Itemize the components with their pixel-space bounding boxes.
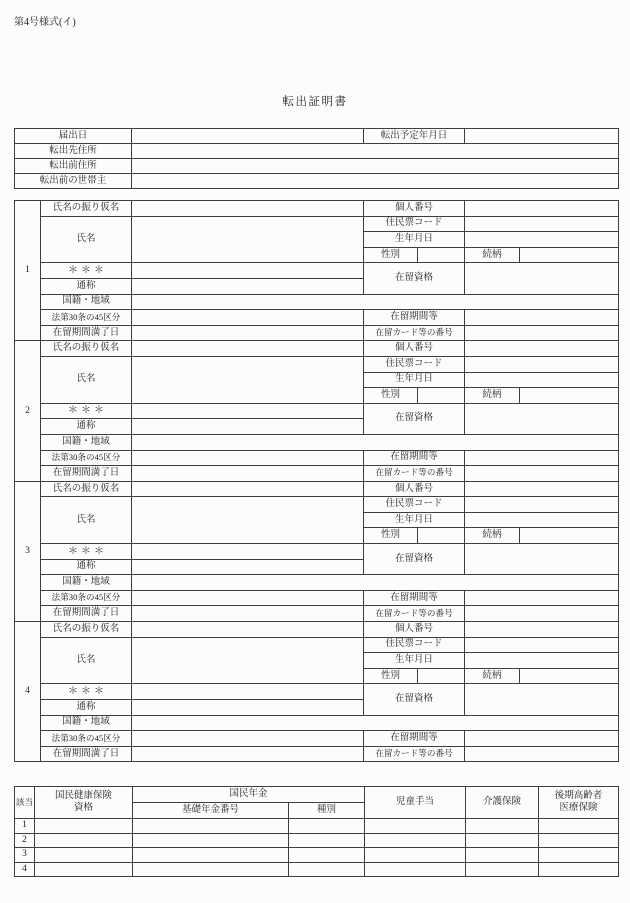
residence-card-value (465, 466, 619, 482)
period-expiry-value (132, 466, 364, 482)
nationality-value (132, 715, 619, 731)
name-value (132, 637, 364, 684)
nationality-label: 国籍・地域 (41, 575, 132, 591)
document-sheet: 第4号様式(イ) 転出証明書 届出日 転出予定年月日 転出先住所 転出前住所 転… (0, 0, 630, 903)
notification-date-label: 届出日 (15, 129, 132, 144)
birthdate-value (465, 653, 619, 669)
sex-label: 性別 (364, 668, 418, 684)
resident-code-label: 住民票コード (364, 356, 465, 372)
nationality-label: 国籍・地域 (41, 715, 132, 731)
personal-number-label: 個人番号 (364, 341, 465, 357)
sex-value (418, 388, 465, 404)
nationality-value (132, 294, 619, 310)
relationship-label: 続柄 (465, 668, 520, 684)
pension-type-value (289, 819, 365, 834)
new-address-label: 転出先住所 (15, 144, 132, 159)
basic-pension-number-value (133, 833, 289, 848)
personal-number-label: 個人番号 (364, 481, 465, 497)
name-value (132, 356, 364, 403)
benefits-row-number: 2 (15, 833, 35, 848)
residence-period-label: 在留期間等 (364, 590, 465, 606)
period-expiry-label: 在留期間満了日 (41, 325, 132, 341)
birthdate-label: 生年月日 (364, 512, 465, 528)
pension-type-value (289, 833, 365, 848)
residence-card-label: 在留カード等の番号 (364, 746, 465, 762)
resident-code-label: 住民票コード (364, 497, 465, 513)
period-expiry-label: 在留期間満了日 (41, 746, 132, 762)
long-term-care-header: 介護保険 (466, 787, 539, 819)
common-name-label: 通称 (41, 700, 132, 716)
residence-card-value (465, 606, 619, 622)
person-blocks: 1 氏名の振り仮名 個人番号 氏名 住民票コード 生年月日 性別 続柄 (14, 200, 619, 762)
masked-label: ＊＊＊ (41, 684, 132, 700)
name-value (132, 216, 364, 263)
pension-type-header: 種別 (289, 803, 365, 819)
residence-status-value (465, 544, 619, 575)
residence-card-label: 在留カード等の番号 (364, 606, 465, 622)
nationality-value (132, 575, 619, 591)
masked-label: ＊＊＊ (41, 403, 132, 419)
sex-label: 性別 (364, 528, 418, 544)
common-name-value (132, 559, 364, 575)
form-number: 第4号様式(イ) (14, 13, 76, 28)
relationship-label: 続柄 (465, 388, 520, 404)
residence-period-value (465, 310, 619, 326)
masked-label: ＊＊＊ (41, 263, 132, 279)
name-label: 氏名 (41, 356, 132, 403)
resident-code-label: 住民票コード (364, 216, 465, 232)
planned-moving-date-value (465, 129, 619, 144)
child-allowance-value (365, 833, 466, 848)
furigana-value (132, 341, 364, 357)
birthdate-label: 生年月日 (364, 372, 465, 388)
person-block-1: 1 氏名の振り仮名 個人番号 氏名 住民票コード 生年月日 性別 続柄 (14, 200, 619, 341)
national-pension-header: 国民年金 (133, 787, 365, 803)
common-name-label: 通称 (41, 419, 132, 435)
benefits-row-number: 4 (15, 862, 35, 877)
common-name-value (132, 278, 364, 294)
furigana-label: 氏名の振り仮名 (41, 481, 132, 497)
notification-date-value (132, 129, 364, 144)
residence-period-value (465, 731, 619, 747)
residence-period-value (465, 590, 619, 606)
law-article-label: 法第30条の45区分 (41, 450, 132, 466)
basic-pension-number-header: 基礎年金番号 (133, 803, 289, 819)
personal-number-value (465, 341, 619, 357)
previous-address-label: 転出前住所 (15, 159, 132, 174)
law-article-value (132, 731, 364, 747)
name-label: 氏名 (41, 637, 132, 684)
long-term-care-value (466, 819, 539, 834)
later-elderly-line2: 医療保険 (559, 803, 597, 813)
masked-label: ＊＊＊ (41, 544, 132, 560)
furigana-value (132, 481, 364, 497)
health-insurance-value (35, 819, 133, 834)
health-insurance-value (35, 833, 133, 848)
name-value (132, 497, 364, 544)
period-expiry-value (132, 606, 364, 622)
period-expiry-value (132, 325, 364, 341)
document-title: 転出証明書 (0, 93, 630, 109)
health-insurance-value (35, 862, 133, 877)
child-allowance-header: 児童手当 (365, 787, 466, 819)
long-term-care-value (466, 848, 539, 863)
sex-value (418, 528, 465, 544)
personal-number-label: 個人番号 (364, 622, 465, 638)
long-term-care-value (466, 833, 539, 848)
benefits-row-number: 1 (15, 819, 35, 834)
birthdate-value (465, 232, 619, 248)
child-allowance-value (365, 848, 466, 863)
relationship-label: 続柄 (465, 528, 520, 544)
residence-period-label: 在留期間等 (364, 310, 465, 326)
later-elderly-value (539, 833, 619, 848)
personal-number-value (465, 622, 619, 638)
resident-code-value (465, 637, 619, 653)
person-number: 1 (15, 201, 41, 341)
residence-card-value (465, 325, 619, 341)
benefits-row-number: 3 (15, 848, 35, 863)
furigana-label: 氏名の振り仮名 (41, 622, 132, 638)
sex-value (418, 247, 465, 263)
furigana-label: 氏名の振り仮名 (41, 201, 132, 217)
law-article-label: 法第30条の45区分 (41, 310, 132, 326)
common-name-value (132, 700, 364, 716)
birthdate-value (465, 372, 619, 388)
pension-type-value (289, 862, 365, 877)
later-elderly-line1: 後期高齢者 (555, 791, 603, 801)
later-elderly-value (539, 862, 619, 877)
residence-status-label: 在留資格 (364, 684, 465, 715)
birthdate-value (465, 512, 619, 528)
later-elderly-value (539, 819, 619, 834)
furigana-value (132, 201, 364, 217)
sex-label: 性別 (364, 247, 418, 263)
birthdate-label: 生年月日 (364, 232, 465, 248)
long-term-care-value (466, 862, 539, 877)
masked-value (132, 403, 364, 419)
residence-card-value (465, 746, 619, 762)
resident-code-label: 住民票コード (364, 637, 465, 653)
health-insurance-value (35, 848, 133, 863)
applicable-header: 該当 (15, 787, 35, 819)
resident-code-value (465, 356, 619, 372)
benefits-table: 該当 国民健康保険資格 国民年金 児童手当 介護保険 後期高齢者医療保険 基礎年… (14, 786, 619, 877)
person-number: 2 (15, 341, 41, 481)
residence-card-label: 在留カード等の番号 (364, 466, 465, 482)
national-health-insurance-header: 国民健康保険資格 (35, 787, 133, 819)
national-health-insurance-line2: 資格 (74, 803, 93, 813)
residence-status-value (465, 684, 619, 715)
basic-pension-number-value (133, 819, 289, 834)
law-article-value (132, 590, 364, 606)
law-article-label: 法第30条の45区分 (41, 590, 132, 606)
personal-number-value (465, 201, 619, 217)
residence-period-value (465, 450, 619, 466)
law-article-value (132, 310, 364, 326)
masked-value (132, 263, 364, 279)
masked-value (132, 544, 364, 560)
child-allowance-value (365, 819, 466, 834)
name-label: 氏名 (41, 497, 132, 544)
person-block-3: 3 氏名の振り仮名 個人番号 氏名 住民票コード 生年月日 性別 続柄 (14, 481, 619, 622)
sex-label: 性別 (364, 388, 418, 404)
basic-pension-number-value (133, 862, 289, 877)
nationality-label: 国籍・地域 (41, 434, 132, 450)
nationality-label: 国籍・地域 (41, 294, 132, 310)
birthdate-label: 生年月日 (364, 653, 465, 669)
law-article-label: 法第30条の45区分 (41, 731, 132, 747)
person-number: 4 (15, 622, 41, 762)
furigana-value (132, 622, 364, 638)
residence-period-label: 在留期間等 (364, 450, 465, 466)
residence-status-label: 在留資格 (364, 263, 465, 294)
residence-status-label: 在留資格 (364, 544, 465, 575)
personal-number-label: 個人番号 (364, 201, 465, 217)
basic-pension-number-value (133, 848, 289, 863)
furigana-label: 氏名の振り仮名 (41, 341, 132, 357)
previous-address-value (132, 159, 619, 174)
person-block-2: 2 氏名の振り仮名 個人番号 氏名 住民票コード 生年月日 性別 続柄 (14, 340, 619, 481)
common-name-value (132, 419, 364, 435)
later-elderly-value (539, 848, 619, 863)
child-allowance-value (365, 862, 466, 877)
nationality-value (132, 434, 619, 450)
residence-period-label: 在留期間等 (364, 731, 465, 747)
masked-value (132, 684, 364, 700)
header-table: 届出日 転出予定年月日 転出先住所 転出前住所 転出前の世帯主 (14, 128, 619, 189)
relationship-label: 続柄 (465, 247, 520, 263)
personal-number-value (465, 481, 619, 497)
later-elderly-header: 後期高齢者医療保険 (539, 787, 619, 819)
previous-household-head-value (132, 174, 619, 189)
national-health-insurance-line1: 国民健康保険 (55, 791, 112, 801)
law-article-value (132, 450, 364, 466)
person-block-4: 4 氏名の振り仮名 個人番号 氏名 住民票コード 生年月日 性別 続柄 (14, 621, 619, 762)
name-label: 氏名 (41, 216, 132, 263)
planned-moving-date-label: 転出予定年月日 (364, 129, 465, 144)
residence-status-label: 在留資格 (364, 403, 465, 434)
sex-value (418, 668, 465, 684)
common-name-label: 通称 (41, 278, 132, 294)
person-number: 3 (15, 481, 41, 621)
resident-code-value (465, 216, 619, 232)
relationship-value (520, 668, 619, 684)
resident-code-value (465, 497, 619, 513)
relationship-value (520, 388, 619, 404)
previous-household-head-label: 転出前の世帯主 (15, 174, 132, 189)
period-expiry-value (132, 746, 364, 762)
relationship-value (520, 247, 619, 263)
residence-status-value (465, 263, 619, 294)
residence-card-label: 在留カード等の番号 (364, 325, 465, 341)
pension-type-value (289, 848, 365, 863)
period-expiry-label: 在留期間満了日 (41, 466, 132, 482)
new-address-value (132, 144, 619, 159)
period-expiry-label: 在留期間満了日 (41, 606, 132, 622)
common-name-label: 通称 (41, 559, 132, 575)
residence-status-value (465, 403, 619, 434)
relationship-value (520, 528, 619, 544)
